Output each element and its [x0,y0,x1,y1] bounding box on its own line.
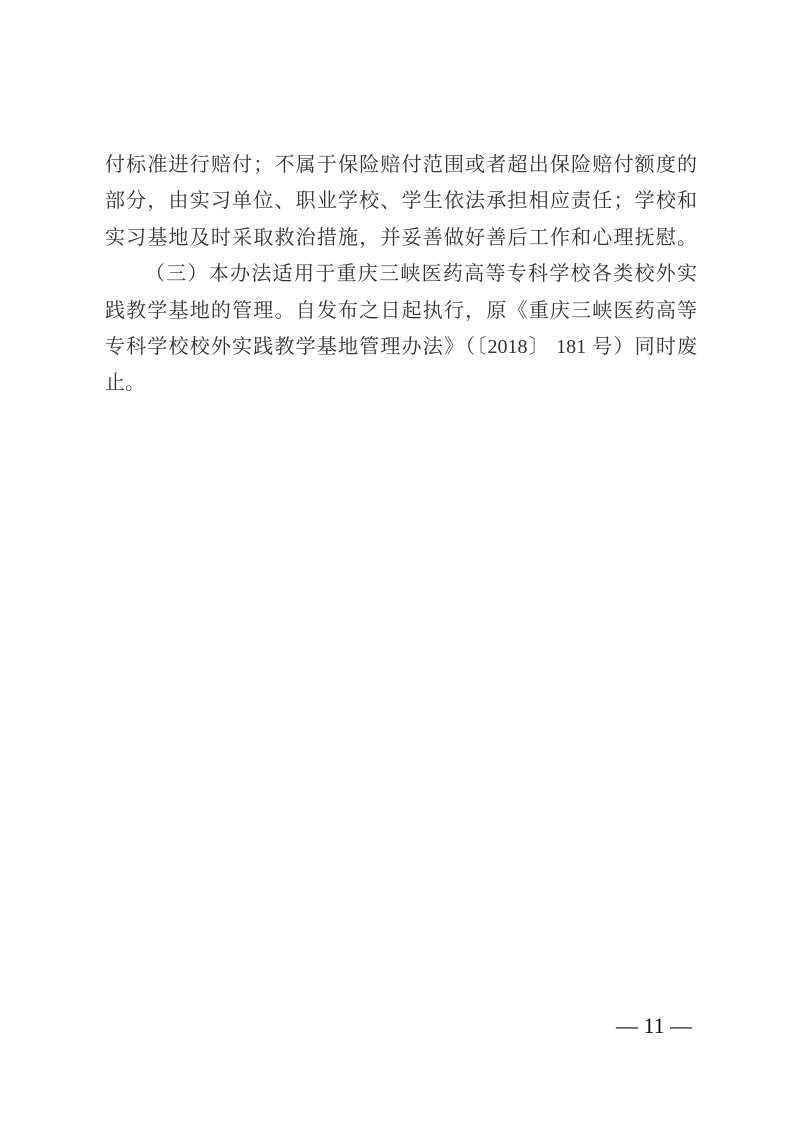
doc-line: 践教学基地的管理。自发布之日起执行，原《重庆三峡医药高等 [105,293,697,329]
document-page: 付标准进行赔付；不属于保险赔付范围或者超出保险赔付额度的部分，由实习单位、职业学… [0,0,794,1123]
doc-line: 付标准进行赔付；不属于保险赔付范围或者超出保险赔付额度的 [105,147,697,183]
document-body: 付标准进行赔付；不属于保险赔付范围或者超出保险赔付额度的部分，由实习单位、职业学… [105,147,697,402]
doc-line: （三）本办法适用于重庆三峡医药高等专科学校各类校外实 [105,256,697,292]
doc-line: 部分，由实习单位、职业学校、学生依法承担相应责任；学校和 [105,183,697,219]
doc-line: 止。 [105,365,697,401]
doc-line: 专科学校校外实践教学基地管理办法》（〔2018〕 181 号）同时废 [105,329,697,365]
page-number: — 11 — [594,993,692,1059]
doc-line: 实习基地及时采取救治措施，并妥善做好善后工作和心理抚慰。 [105,220,697,256]
page-number-text: — 11 — [616,1013,692,1038]
